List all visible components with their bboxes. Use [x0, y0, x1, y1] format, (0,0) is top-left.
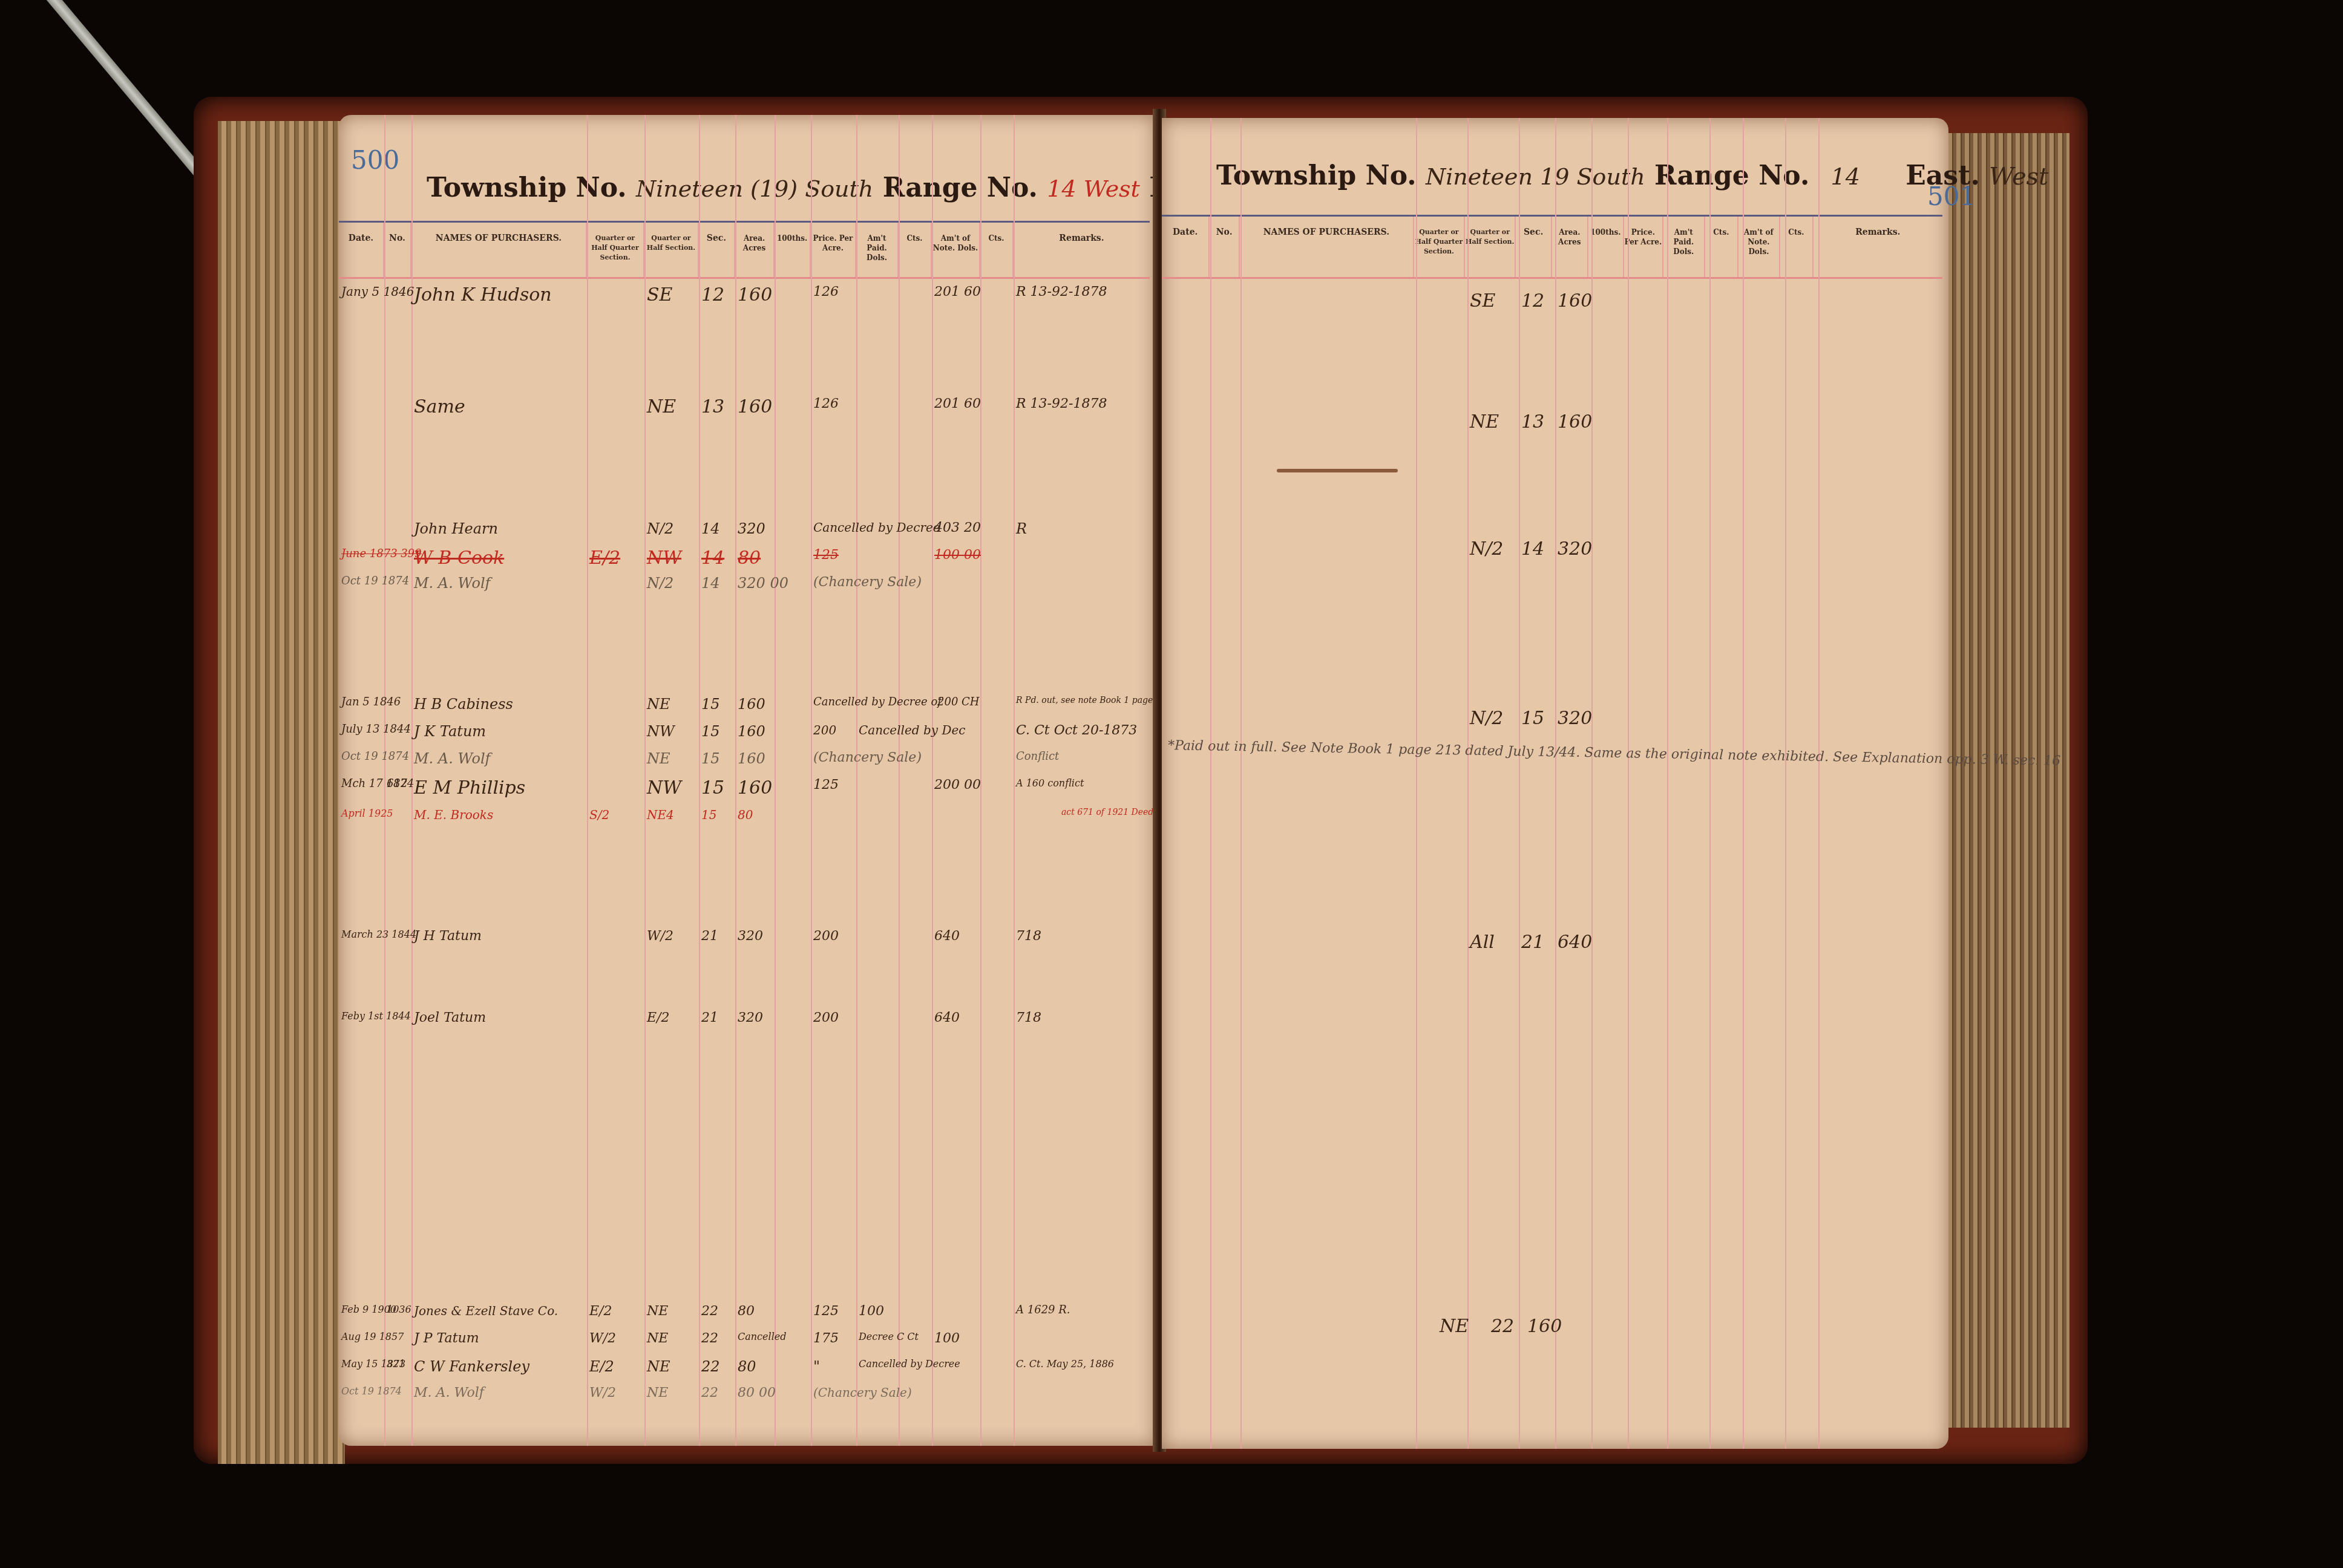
left-page: 500 Township No. Nineteen (19) South Ran…	[339, 115, 1156, 1446]
ledger-row: John HearnN/214320Cancelled by Decree403…	[339, 520, 1027, 537]
ledger-row: Jany 5 1846John K HudsonSE12160126201 60…	[339, 284, 1107, 305]
ledger-row: May 15 1873321C W FankersleyE/2NE2280"Ca…	[339, 1358, 1114, 1375]
ink-smudge	[1277, 469, 1398, 472]
ledger-row: SE12160	[1162, 290, 1592, 312]
ledger-row: SameNE13160126201 60R 13-92-1878	[339, 396, 1107, 417]
ledger-row: Aug 19 1857J P TatumW/2NE22Cancelled175D…	[339, 1331, 1014, 1346]
ledger-row: NE13160	[1162, 411, 1592, 433]
ledger-row: Oct 19 1874M. A. WolfNE15160(Chancery Sa…	[339, 750, 1059, 767]
ledger-row: N/214320	[1162, 538, 1592, 560]
ledger-row: Mch 17 1874612E M PhillipsNW15160125200 …	[339, 777, 1084, 799]
right-page: Township No. Nineteen 19 South Range No.…	[1162, 118, 1948, 1449]
ruled-lines	[1162, 118, 1942, 1449]
ledger-row: N/215320	[1162, 708, 1592, 729]
ledger-row: March 23 1844J H TatumW/221320200640718	[339, 929, 1041, 944]
ledger-row: Jan 5 1846H B CabinessNE15160Cancelled b…	[339, 696, 1167, 713]
ledger-row: July 13 1844J K TatumNW15160200Cancelled…	[339, 723, 1137, 740]
page-edges-right	[1936, 133, 2069, 1428]
ledger-row: Oct 19 1874M. A. WolfW/2NE2280 00(Chance…	[339, 1385, 912, 1400]
ledger-row-cancelled: June 1873 399W B CookE/2NW1480125100 00	[339, 547, 1014, 569]
direction-note: West	[1989, 163, 2048, 191]
page-holder-spatula	[36, 0, 217, 192]
ledger-row: Oct 19 1874M. A. WolfN/214320 00(Chancer…	[339, 575, 922, 592]
ledger-row: All21640	[1162, 932, 1592, 953]
ledger-row: Feby 1st 1844Joel TatumE/221320200640718	[339, 1010, 1041, 1025]
ledger-row: NE22160	[1162, 1316, 1562, 1337]
page-edges-left	[218, 121, 345, 1464]
ledger-row: Feb 9 19001036Jones & Ezell Stave Co.E/2…	[339, 1304, 1070, 1319]
ledger-row: April 1925M. E. BrooksS/2NE41580act 671 …	[339, 808, 1196, 822]
